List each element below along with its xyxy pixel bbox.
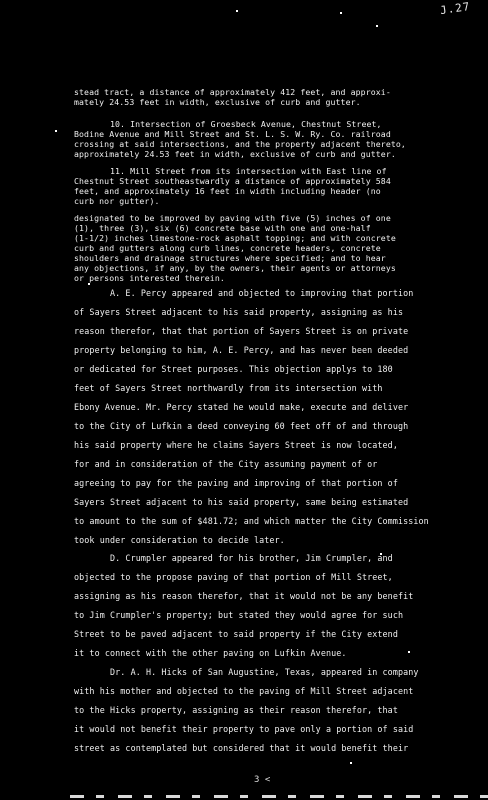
carryover-paragraph: stead tract, a distance of approximately… (74, 87, 474, 107)
text-line: stead tract, a distance of approximately… (74, 87, 474, 97)
text-line: his said property where he claims Sayers… (74, 436, 474, 455)
text-line: feet, and approximately 16 feet in width… (74, 186, 474, 196)
text-line: shoulders and drainage structures where … (74, 253, 474, 263)
text-line: to amount to the sum of $481.72; and whi… (74, 512, 474, 531)
hicks-objection-paragraph: Dr. A. H. Hicks of San Augustine, Texas,… (74, 663, 474, 758)
scan-speck (380, 553, 382, 555)
text-line: property belonging to him, A. E. Percy, … (74, 341, 474, 360)
text-line: Chestnut Street southeastwardly a distan… (74, 176, 474, 186)
text-line: or persons interested therein. (74, 273, 474, 283)
text-line: with his mother and objected to the pavi… (74, 682, 474, 701)
item-11-paragraph: 11. Mill Street from its intersection wi… (74, 166, 474, 206)
crumpler-objection-paragraph: D. Crumpler appeared for his brother, Ji… (74, 549, 474, 663)
handwritten-corner-mark: J.27 (439, 0, 471, 17)
page-number: 3 < (254, 775, 270, 785)
text-line: crossing at said intersections, and the … (74, 139, 474, 149)
text-line: took under consideration to decide later… (74, 531, 474, 550)
text-line: Ebony Avenue. Mr. Percy stated he would … (74, 398, 474, 417)
scan-speck (55, 130, 57, 132)
scanned-document-page: J.27 stead tract, a distance of approxim… (0, 0, 488, 800)
text-line: it would not benefit their property to p… (74, 720, 474, 739)
text-line: to the Hicks property, assigning as thei… (74, 701, 474, 720)
text-line: to the City of Lufkin a deed conveying 6… (74, 417, 474, 436)
text-line: it to connect with the other paving on L… (74, 644, 474, 663)
text-line: mately 24.53 feet in width, exclusive of… (74, 97, 474, 107)
text-line: to Jim Crumpler's property; but stated t… (74, 606, 474, 625)
designation-paragraph: designated to be improved by paving with… (74, 213, 474, 283)
scan-speck (236, 10, 238, 12)
scan-speck (350, 762, 352, 764)
text-line: Sayers Street adjacent to his said prope… (74, 493, 474, 512)
text-line: D. Crumpler appeared for his brother, Ji… (74, 549, 474, 568)
text-line: or dedicated for Street purposes. This o… (74, 360, 474, 379)
text-line: 10. Intersection of Groesbeck Avenue, Ch… (74, 119, 474, 129)
text-line: curb nor gutter). (74, 196, 474, 206)
text-line: A. E. Percy appeared and objected to imp… (74, 284, 474, 303)
scan-edge-artifact (70, 795, 488, 798)
percy-objection-paragraph: A. E. Percy appeared and objected to imp… (74, 284, 474, 550)
text-line: 11. Mill Street from its intersection wi… (74, 166, 474, 176)
text-line: any objections, if any, by the owners, t… (74, 263, 474, 273)
scan-speck (376, 25, 378, 27)
text-line: (1-1/2) inches limestone-rock asphalt to… (74, 233, 474, 243)
text-line: objected to the propose paving of that p… (74, 568, 474, 587)
item-10-paragraph: 10. Intersection of Groesbeck Avenue, Ch… (74, 119, 474, 159)
scan-speck (340, 12, 342, 14)
text-line: approximately 24.53 feet in width, exclu… (74, 149, 474, 159)
text-line: Dr. A. H. Hicks of San Augustine, Texas,… (74, 663, 474, 682)
text-line: (1), three (3), six (6) concrete base wi… (74, 223, 474, 233)
text-line: for and in consideration of the City ass… (74, 455, 474, 474)
text-line: curb and gutters along curb lines, concr… (74, 243, 474, 253)
scan-speck (408, 651, 410, 653)
text-line: feet of Sayers Street northwardly from i… (74, 379, 474, 398)
scan-speck (88, 283, 90, 285)
text-line: Street to be paved adjacent to said prop… (74, 625, 474, 644)
text-line: designated to be improved by paving with… (74, 213, 474, 223)
text-line: of Sayers Street adjacent to his said pr… (74, 303, 474, 322)
text-line: Bodine Avenue and Mill Street and St. L.… (74, 129, 474, 139)
text-line: street as contemplated but considered th… (74, 739, 474, 758)
text-line: assigning as his reason therefor, that i… (74, 587, 474, 606)
text-line: agreeing to pay for the paving and impro… (74, 474, 474, 493)
text-line: reason therefor, that that portion of Sa… (74, 322, 474, 341)
